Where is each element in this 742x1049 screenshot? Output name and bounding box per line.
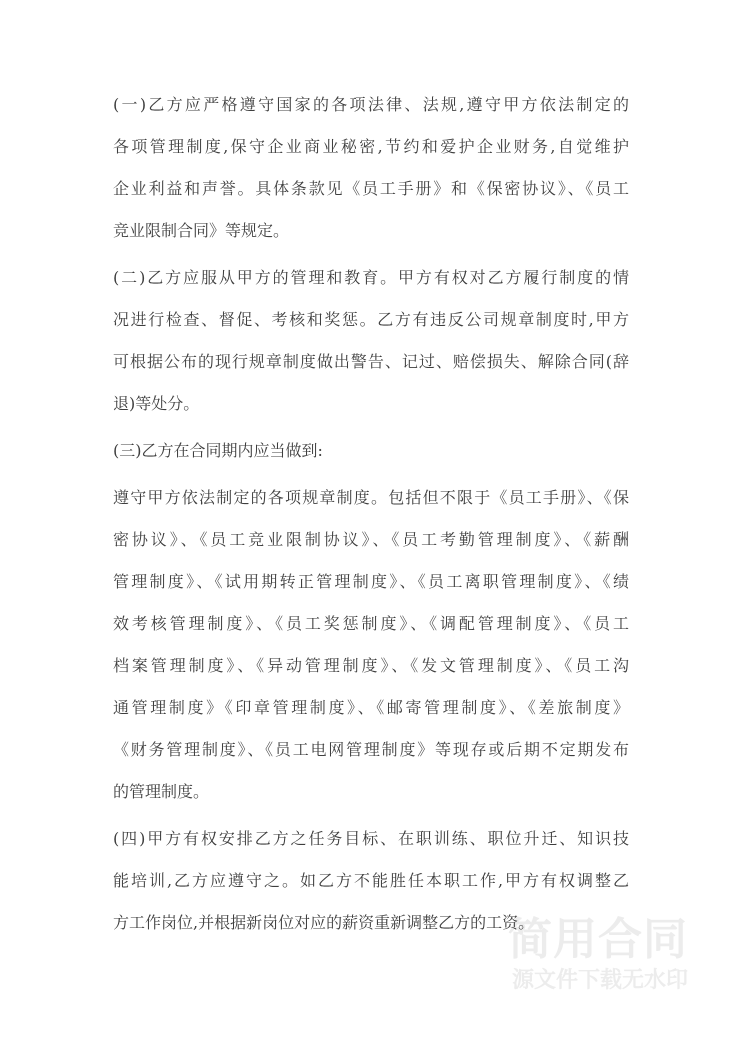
text-line: (一)乙方应严格遵守国家的各项法律、法规,遵守甲方依法制定的 [113,84,629,126]
paragraph-clause-3: (三)乙方在合同期内应当做到: [113,430,629,472]
text-line: 遵守甲方依法制定的各项规章制度。包括但不限于《员工手册》、《保 [113,477,629,519]
text-line: 密协议》、《员工竞业限制协议》、《员工考勤管理制度》、《薪酬 [113,519,629,561]
paragraph-clause-4: (四)甲方有权安排乙方之任务目标、在职训练、职位升迁、知识技能培训,乙方应遵守之… [113,818,629,944]
contract-page: (一)乙方应严格遵守国家的各项法律、法规,遵守甲方依法制定的各项管理制度,保守企… [0,0,742,1049]
text-line: 况进行检查、督促、考核和奖惩。乙方有违反公司规章制度时,甲方 [113,299,629,341]
paragraph-clause-1: (一)乙方应严格遵守国家的各项法律、法规,遵守甲方依法制定的各项管理制度,保守企… [113,84,629,252]
paragraph-clause-3-detail: 遵守甲方依法制定的各项规章制度。包括但不限于《员工手册》、《保密协议》、《员工竞… [113,477,629,813]
text-line: (三)乙方在合同期内应当做到: [113,430,629,472]
watermark-subtitle: 源文件下载无水印 [508,969,688,991]
text-line: 能培训,乙方应遵守之。如乙方不能胜任本职工作,甲方有权调整乙 [113,860,629,902]
contract-body: (一)乙方应严格遵守国家的各项法律、法规,遵守甲方依法制定的各项管理制度,保守企… [113,84,629,944]
text-line: 档案管理制度》、《异动管理制度》、《发文管理制度》、《员工沟 [113,645,629,687]
text-line: 退)等处分。 [113,383,629,425]
text-line: 企业利益和声誉。具体条款见《员工手册》和《保密协议》、《员工 [113,168,629,210]
text-line: 竞业限制合同》等规定。 [113,210,629,252]
text-line: 管理制度》、《试用期转正管理制度》、《员工离职管理制度》、《绩 [113,561,629,603]
text-line: 效考核管理制度》、《员工奖惩制度》、《调配管理制度》、《员工 [113,603,629,645]
text-line: 可根据公布的现行规章制度做出警告、记过、赔偿损失、解除合同(辞 [113,341,629,383]
text-line: 方工作岗位,并根据新岗位对应的薪资重新调整乙方的工资。 [113,902,629,944]
text-line: (二)乙方应服从甲方的管理和教育。甲方有权对乙方履行制度的情 [113,257,629,299]
text-line: 的管理制度。 [113,771,629,813]
text-line: (四)甲方有权安排乙方之任务目标、在职训练、职位升迁、知识技 [113,818,629,860]
text-line: 《财务管理制度》、《员工电网管理制度》等现存或后期不定期发布 [113,729,629,771]
paragraph-clause-2: (二)乙方应服从甲方的管理和教育。甲方有权对乙方履行制度的情况进行检查、督促、考… [113,257,629,425]
text-line: 各项管理制度,保守企业商业秘密,节约和爱护企业财务,自觉维护 [113,126,629,168]
text-line: 通管理制度》《印章管理制度》、《邮寄管理制度》、《差旅制度》 [113,687,629,729]
